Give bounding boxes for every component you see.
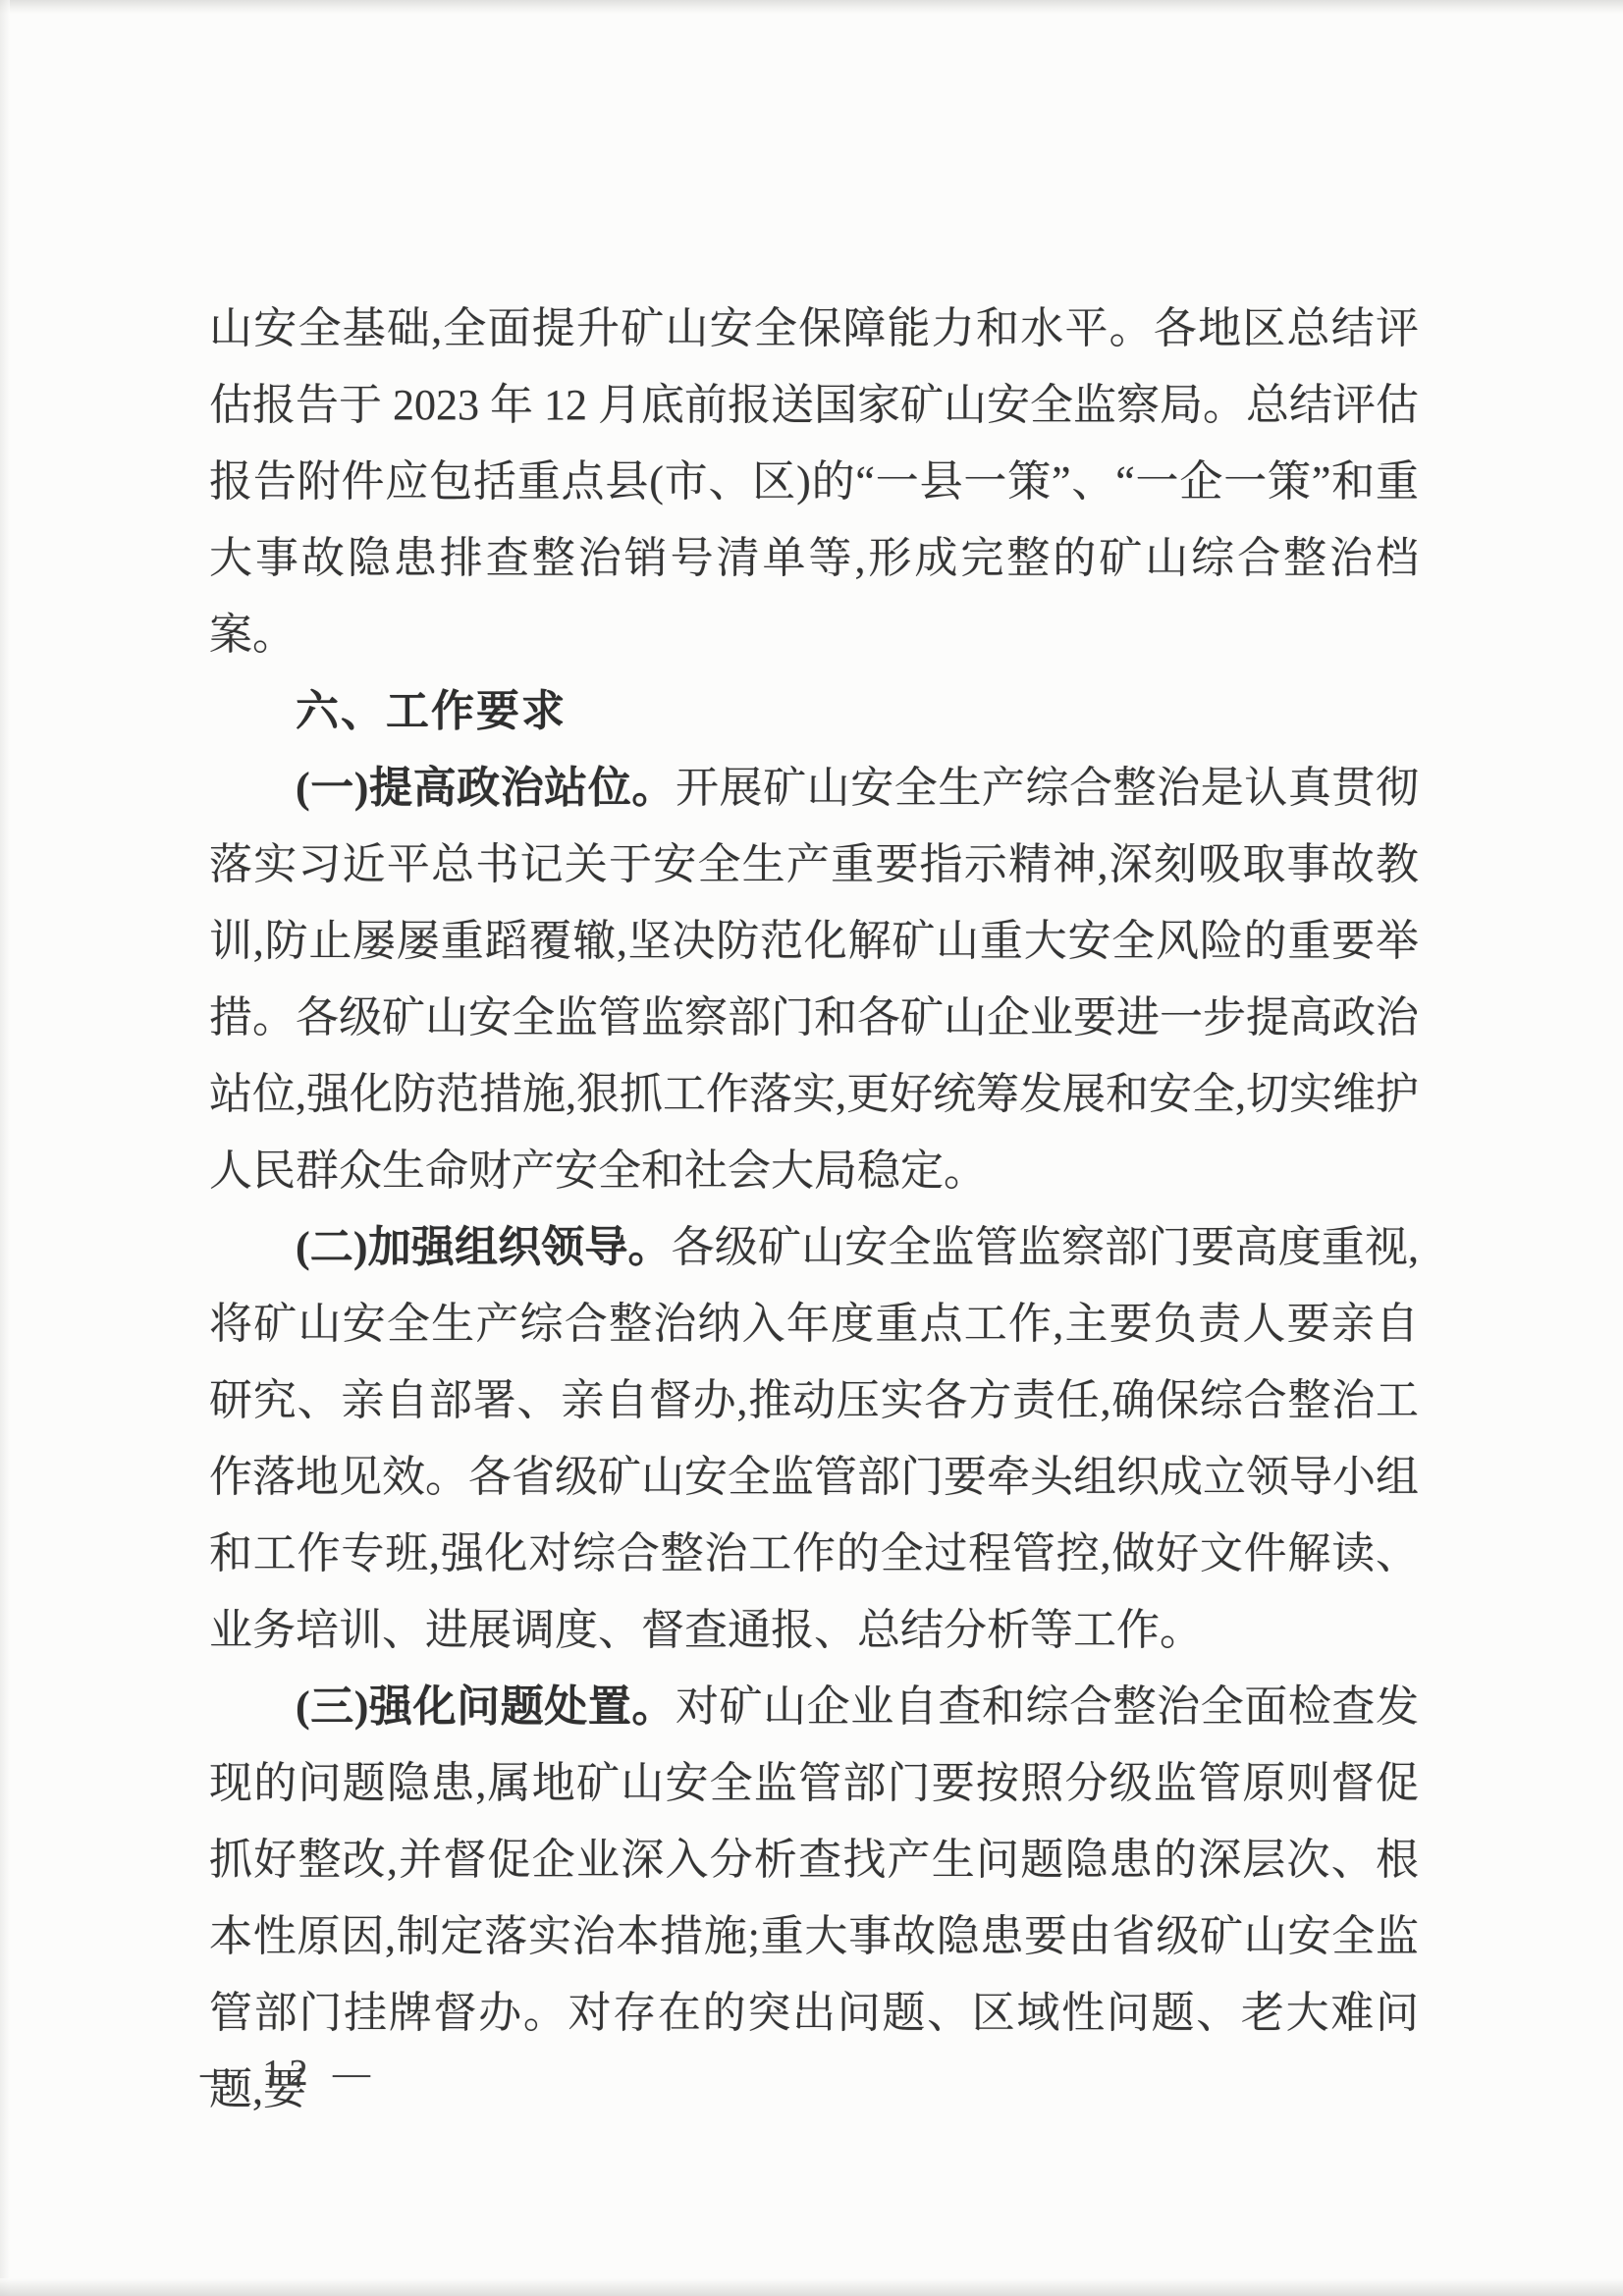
page-number: — 12 — [200, 2052, 378, 2095]
item-2-body: 各级矿山安全监管监察部门要高度重视,将矿山安全生产综合整治纳入年度重点工作,主要… [209, 1223, 1419, 1654]
document-body: 山安全基础,全面提升矿山安全保障能力和水平。各地区总结评估报告于 2023 年 … [209, 291, 1419, 2128]
item-1-body: 开展矿山安全生产综合整治是认真贯彻落实习近平总书记关于安全生产重要指示精神,深刻… [209, 764, 1419, 1195]
paragraph-item-3: (三)强化问题处置。对矿山企业自查和综合整治全面检查发现的问题隐患,属地矿山安全… [209, 1669, 1419, 2128]
item-2-lead: (二)加强组织领导。 [296, 1223, 672, 1271]
paragraph-item-1: (一)提高政治站位。开展矿山安全生产综合整治是认真贯彻落实习近平总书记关于安全生… [209, 750, 1419, 1209]
section-heading: 六、工作要求 [209, 673, 1419, 750]
paragraph-item-2: (二)加强组织领导。各级矿山安全监管监察部门要高度重视,将矿山安全生产综合整治纳… [209, 1209, 1419, 1669]
document-page: 山安全基础,全面提升矿山安全保障能力和水平。各地区总结评估报告于 2023 年 … [0, 0, 1623, 2296]
item-3-body: 对矿山企业自查和综合整治全面检查发现的问题隐患,属地矿山安全监管部门要按照分级监… [209, 1682, 1419, 2113]
scan-edge-top [0, 0, 1623, 14]
scan-edge-bottom [0, 2278, 1623, 2296]
item-1-lead: (一)提高政治站位。 [296, 764, 676, 812]
scan-edge-left [0, 0, 10, 2296]
paragraph-continuation: 山安全基础,全面提升矿山安全保障能力和水平。各地区总结评估报告于 2023 年 … [209, 291, 1419, 673]
item-3-lead: (三)强化问题处置。 [296, 1682, 676, 1731]
